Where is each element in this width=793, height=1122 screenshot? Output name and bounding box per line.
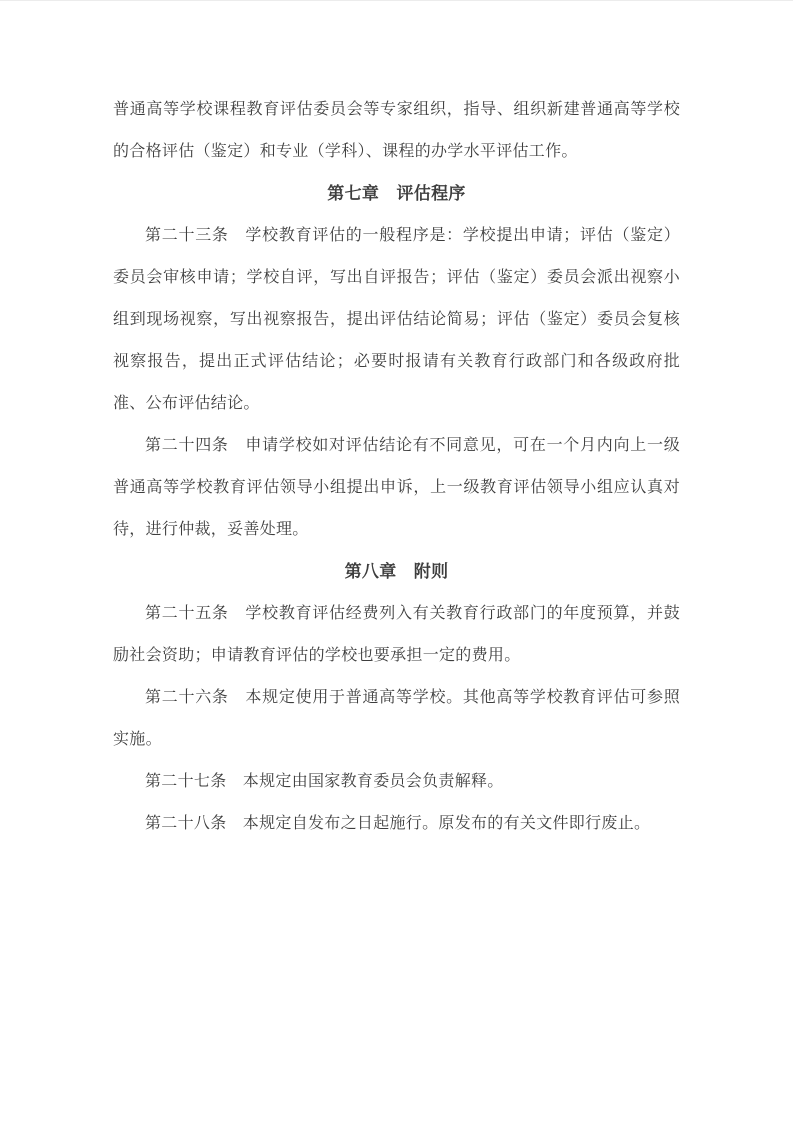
- document-body: 普通高等学校课程教育评估委员会等专家组织，指导、组织新建普通高等学校的合格评估（…: [113, 89, 680, 845]
- article-25-paragraph: 第二十五条 学校教育评估经费列入有关教育行政部门的年度预算，并鼓励社会资助；申请…: [113, 593, 680, 677]
- document-page: 普通高等学校课程教育评估委员会等专家组织，指导、组织新建普通高等学校的合格评估（…: [0, 0, 793, 1122]
- article-28-paragraph: 第二十八条 本规定自发布之日起施行。原发布的有关文件即行废止。: [113, 803, 680, 845]
- chapter-8-heading: 第八章 附则: [113, 551, 680, 593]
- article-23-paragraph: 第二十三条 学校教育评估的一般程序是：学校提出申请；评估（鉴定）委员会审核申请；…: [113, 215, 680, 425]
- paragraph-continuation: 普通高等学校课程教育评估委员会等专家组织，指导、组织新建普通高等学校的合格评估（…: [113, 89, 680, 173]
- article-26-paragraph: 第二十六条 本规定使用于普通高等学校。其他高等学校教育评估可参照实施。: [113, 677, 680, 761]
- chapter-7-heading: 第七章 评估程序: [113, 173, 680, 215]
- article-24-paragraph: 第二十四条 申请学校如对评估结论有不同意见，可在一个月内向上一级普通高等学校教育…: [113, 425, 680, 551]
- article-27-paragraph: 第二十七条 本规定由国家教育委员会负责解释。: [113, 761, 680, 803]
